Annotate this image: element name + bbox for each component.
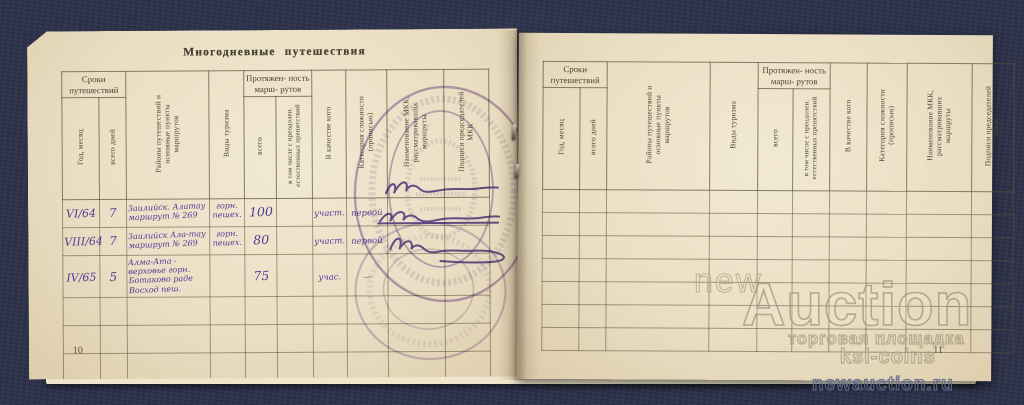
empty-row xyxy=(542,235,1013,260)
empty-cell xyxy=(245,325,277,353)
empty-cell xyxy=(277,297,313,325)
header-route-length: Протяжен- ность марш- рутов xyxy=(244,70,312,96)
empty-cell xyxy=(63,354,100,382)
header-total-days: всего дней xyxy=(580,88,608,190)
empty-cell xyxy=(866,191,906,214)
cell-distance: 80 xyxy=(245,226,277,254)
header-length-incl: в том числе с преодолен. естественных пр… xyxy=(276,96,313,198)
cell-category: первой xyxy=(346,198,387,226)
empty-cell xyxy=(445,296,490,324)
empty-cell xyxy=(866,260,906,283)
empty-cell xyxy=(542,235,579,258)
header-tourism-type: Виды туризма xyxy=(710,62,759,190)
empty-cell xyxy=(313,324,347,352)
entry-row: VIII/64 7 Заилийск Ала-тау маршрут № 269… xyxy=(63,225,490,256)
empty-row xyxy=(542,281,1013,306)
cell-date: IV/65 xyxy=(63,255,100,298)
empty-cell xyxy=(757,305,792,328)
cell-category: первой xyxy=(347,226,388,254)
cell-date: VI/64 xyxy=(62,199,99,227)
empty-cell xyxy=(127,325,210,354)
empty-cell xyxy=(866,329,906,352)
cell-mkk xyxy=(388,225,445,253)
empty-cell xyxy=(906,191,971,214)
empty-row xyxy=(63,324,490,355)
header-year-month: Год, месяц xyxy=(62,98,100,200)
header-total-days: всего дней xyxy=(99,97,127,199)
empty-cell xyxy=(971,214,1013,237)
empty-cell xyxy=(579,212,606,235)
empty-cell xyxy=(127,297,210,326)
empty-cell xyxy=(579,189,606,212)
empty-cell xyxy=(792,329,829,352)
empty-cell xyxy=(606,236,709,260)
empty-cell xyxy=(579,304,606,327)
empty-cell xyxy=(829,260,866,283)
empty-cell xyxy=(757,213,792,236)
empty-cell xyxy=(792,306,829,329)
cell-type: горн. пешех. xyxy=(209,199,244,227)
cell-obstacles xyxy=(277,254,313,297)
entry-row: IV/65 5 Алма-Ата - верховье горн. Ботако… xyxy=(63,253,490,298)
empty-cell xyxy=(757,190,792,213)
empty-cell xyxy=(792,214,829,237)
empty-cell xyxy=(388,324,445,352)
empty-cell xyxy=(579,327,606,350)
empty-cell xyxy=(445,324,490,352)
cell-obstacles xyxy=(276,198,312,226)
empty-cell xyxy=(542,189,579,212)
empty-row xyxy=(542,189,1013,214)
empty-cell xyxy=(792,260,829,283)
travel-table-right: Сроки путешествий Районы путешествий и о… xyxy=(541,61,1015,353)
empty-cell xyxy=(606,305,709,329)
empty-cell xyxy=(542,327,579,350)
cell-signature xyxy=(445,225,490,253)
empty-cell xyxy=(971,306,1013,329)
header-in-capacity: В качестве кого xyxy=(312,70,347,198)
cell-role: учас. xyxy=(313,254,347,297)
page-number-left: 10 xyxy=(73,345,83,356)
empty-cell xyxy=(906,260,971,283)
empty-rows-left xyxy=(63,296,491,383)
empty-cell xyxy=(606,282,709,306)
empty-cell xyxy=(606,213,709,237)
empty-cell xyxy=(792,283,829,306)
empty-cell xyxy=(866,283,906,306)
cell-region: Заилийск Ала-тау маршрут № 269 xyxy=(127,227,210,256)
header-length-incl: в том числе с преодолен. естественных пр… xyxy=(793,89,831,191)
empty-cell xyxy=(971,191,1013,214)
empty-cell xyxy=(606,328,709,352)
empty-cell xyxy=(63,298,100,326)
empty-row xyxy=(542,258,1013,283)
empty-cell xyxy=(906,237,971,260)
empty-cell xyxy=(542,304,579,327)
empty-cell xyxy=(542,281,579,304)
cell-region: Заилийск. Алатау маршрут № 269 xyxy=(126,199,209,228)
empty-cell xyxy=(709,213,757,236)
header-category: Категория сложности (прописью) xyxy=(346,70,388,198)
empty-cell xyxy=(792,237,829,260)
empty-cell xyxy=(210,353,245,381)
empty-cell xyxy=(757,328,792,351)
empty-cell xyxy=(606,190,709,214)
cell-signature xyxy=(445,253,490,296)
cell-category: — xyxy=(347,254,388,297)
empty-cell xyxy=(347,324,388,352)
empty-cell xyxy=(313,352,347,380)
empty-cell xyxy=(277,353,313,381)
cell-date: VIII/64 xyxy=(63,227,100,255)
empty-cell xyxy=(829,237,866,260)
empty-cell xyxy=(906,283,971,306)
empty-cell xyxy=(445,352,490,380)
empty-cell xyxy=(971,283,1013,306)
empty-cell xyxy=(709,259,757,282)
header-regions: Районы путешествий и основные пункты мар… xyxy=(607,62,711,190)
empty-cell xyxy=(906,214,971,237)
header-in-capacity: В качестве кого xyxy=(830,63,868,191)
empty-rows-right xyxy=(542,189,1014,352)
cell-type: горн. пешех. xyxy=(210,227,245,255)
empty-cell xyxy=(866,214,906,237)
cell-region: Алма-Ата - верховье горн. Ботаково раде … xyxy=(127,255,210,298)
header-mkk: Наименование МКК, рассматривавших маршру… xyxy=(387,69,445,197)
cell-role: участ. xyxy=(312,198,346,226)
cell-days: 7 xyxy=(100,227,127,255)
cell-mkk xyxy=(387,197,444,225)
travel-table-left: Сроки путешествий Районы путешествий и о… xyxy=(61,69,491,383)
empty-cell xyxy=(829,214,866,237)
header-trip-dates: Сроки путешествий xyxy=(62,71,126,97)
empty-cell xyxy=(579,258,606,281)
empty-cell xyxy=(829,191,866,214)
empty-cell xyxy=(100,354,127,382)
empty-row xyxy=(542,212,1013,237)
empty-cell xyxy=(906,306,971,329)
empty-cell xyxy=(709,305,757,328)
entry-row: VI/64 7 Заилийск. Алатау маршрут № 269 г… xyxy=(62,197,489,228)
cell-type xyxy=(210,255,245,298)
empty-cell xyxy=(709,328,757,351)
empty-row xyxy=(63,296,490,327)
empty-cell xyxy=(277,325,313,353)
cell-mkk xyxy=(388,253,445,296)
right-page: Сроки путешествий Районы путешествий и о… xyxy=(517,33,993,381)
header-mkk: Наименование МКК, рассматривавших маршру… xyxy=(907,63,973,191)
empty-cell xyxy=(971,260,1013,283)
cell-days: 5 xyxy=(100,255,127,298)
empty-cell xyxy=(971,329,1013,352)
empty-cell xyxy=(709,190,757,213)
empty-cell xyxy=(757,236,792,259)
empty-cell xyxy=(579,235,606,258)
cell-obstacles xyxy=(277,226,313,254)
empty-cell xyxy=(100,326,127,354)
empty-cell xyxy=(829,306,866,329)
empty-cell xyxy=(542,258,579,281)
empty-cell xyxy=(579,281,606,304)
header-signatures: Подписи председателей МКК xyxy=(444,69,490,197)
empty-cell xyxy=(757,282,792,305)
header-length-total: всего xyxy=(758,89,794,191)
page-number-right: 11 xyxy=(933,345,943,356)
cell-role: участ. xyxy=(313,226,347,254)
header-trip-dates: Сроки путешествий xyxy=(543,61,607,87)
empty-cell xyxy=(829,283,866,306)
empty-cell xyxy=(100,298,127,326)
empty-cell xyxy=(971,237,1013,260)
empty-cell xyxy=(866,306,906,329)
empty-cell xyxy=(210,297,245,325)
cell-days: 7 xyxy=(99,199,126,227)
page-title: Многодневные путешествия xyxy=(61,45,488,60)
empty-cell xyxy=(792,191,829,214)
header-signatures: Подписи председателей МКК xyxy=(972,64,1015,192)
empty-row xyxy=(542,304,1013,329)
empty-cell xyxy=(210,325,245,353)
empty-cell xyxy=(829,329,866,352)
empty-cell xyxy=(388,352,445,380)
empty-cell xyxy=(606,259,709,283)
cell-distance: 100 xyxy=(244,198,276,226)
empty-cell xyxy=(542,212,579,235)
empty-cell xyxy=(245,353,277,381)
empty-cell xyxy=(127,353,210,382)
empty-cell xyxy=(388,296,445,324)
header-category: Категория сложности (прописью) xyxy=(867,63,908,191)
empty-cell xyxy=(347,352,388,380)
empty-cell xyxy=(709,282,757,305)
left-page: Многодневные путешествия Сроки путешеств… xyxy=(27,29,519,380)
empty-cell xyxy=(313,296,347,324)
header-tourism-type: Виды туризма xyxy=(209,71,245,199)
empty-cell xyxy=(757,259,792,282)
cell-distance: 75 xyxy=(245,254,277,297)
empty-cell xyxy=(709,236,757,259)
header-route-length: Протяжен- ность марш- рутов xyxy=(758,63,830,89)
empty-cell xyxy=(866,237,906,260)
header-length-total: всего xyxy=(244,96,277,198)
header-year-month: Год, месяц xyxy=(543,87,581,189)
empty-cell xyxy=(347,296,388,324)
header-regions: Районы путешествий и основные пункты мар… xyxy=(126,71,210,199)
empty-cell xyxy=(245,297,277,325)
cell-signature xyxy=(444,197,489,225)
